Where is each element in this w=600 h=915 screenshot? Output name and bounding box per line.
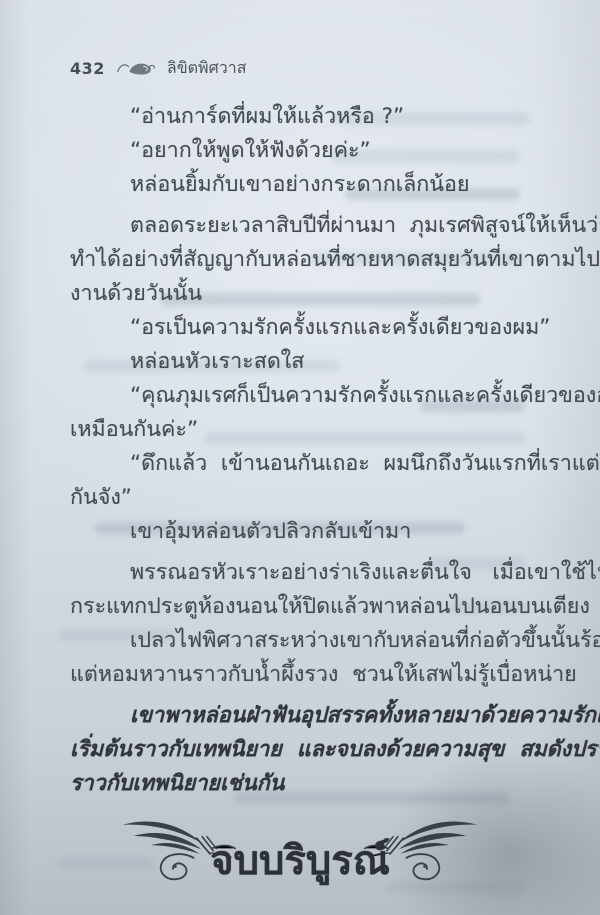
scroll-bird-flourish-icon [116,59,156,79]
body-text-line: “ดึกแล้ว เข้านอนกันเถอะ ผมนึกถึงวันแรกที… [70,447,545,481]
body-text-line: เขาอุ้มหล่อนตัวปลิวกลับเข้ามา [70,515,545,549]
page-number: 432 [70,59,105,78]
the-end-label: จบบริบูรณ์ [210,828,390,892]
body-text-line: “อยากให้พูดให้ฟังด้วยค่ะ” [70,134,545,168]
book-title: ลิขิตพิศวาส [167,56,247,81]
book-page: 432 ลิขิตพิศวาส “อ่านการ์ดที่ผมให้แล้วหร… [0,0,600,915]
ending-section: จบบริบูรณ์ [0,806,600,906]
body-text-line: “อ่านการ์ดที่ผมให้แล้วหรือ ?” [70,100,545,134]
body-text-line: หล่อนหัวเราะสดใส [70,345,545,379]
body-text-line: เหมือนกันค่ะ” [70,413,545,447]
body-text-line: เขาพาหล่อนฝ่าฟันอุปสรรคทั้งหลายมาด้วยควา… [70,699,545,733]
body-text-line: เริ่มต้นราวกับเทพนิยาย และจบลงด้วยความสุ… [70,733,545,767]
body-text-line: กระแทกประตูห้องนอนให้ปิดแล้วพาหล่อนไปนอน… [70,590,545,624]
body-text-line: เปลวไฟพิศวาสระหว่างเขากับหล่อนที่ก่อตัวข… [70,624,545,658]
body-text-line: งานด้วยวันนั้น [70,277,545,311]
body-text-line: ตลอดระยะเวลาสิบปีที่ผ่านมา ภุมเรศพิสูจน์… [70,209,545,243]
body-text-line: แต่หอมหวานราวกับน้ำผึ้งรวง ชวนให้เสพไม่ร… [70,658,545,692]
body-text-line: ทำได้อย่างที่สัญญากับหล่อนที่ชายหาดสมุยว… [70,243,545,277]
body-text-line: พรรณอรหัวเราะอย่างร่าเริงและตื่นใจ เมื่อ… [70,556,545,590]
body-text-line: กันจัง” [70,481,545,515]
body-text-line: หล่อนยิ้มกับเขาอย่างกระดากเล็กน้อย [70,168,545,202]
body-text-line: ราวกับเทพนิยายเช่นกัน [70,767,545,801]
body-text-line: “อรเป็นความรักครั้งแรกและครั้งเดียวของผม… [70,311,545,345]
body-text: “อ่านการ์ดที่ผมให้แล้วหรือ ?”“อยากให้พูด… [70,100,545,801]
body-text-line: “คุณภุมเรศก็เป็นความรักครั้งแรกและครั้งเ… [70,379,545,413]
page-header: 432 ลิขิตพิศวาส [70,56,246,81]
